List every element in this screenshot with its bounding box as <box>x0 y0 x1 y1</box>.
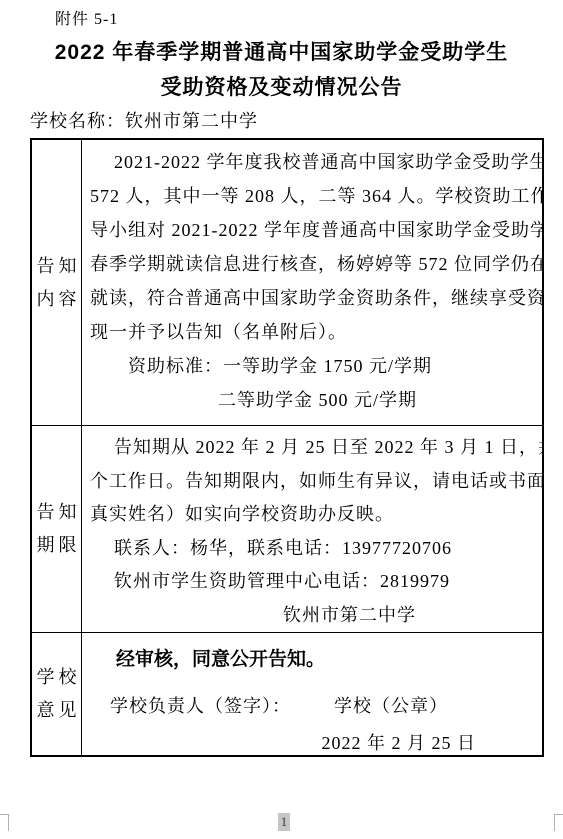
opinion-date-line: 2022 年 2 月 25 日 <box>90 732 538 754</box>
row-label-text: 学校 <box>33 661 81 694</box>
notice-content-line: 572 人，其中一等 208 人，二等 364 人。学校资助工作领 <box>90 179 538 213</box>
row-label-notice-content: 告知 内容 <box>32 140 82 425</box>
margin-corner-mark-left <box>0 814 9 831</box>
page-number-field: 1 <box>278 813 290 831</box>
row-label-text: 期限 <box>33 529 81 562</box>
row-label-school-opinion: 学校 意见 <box>32 633 82 755</box>
notice-content-line: 现一并予以告知（名单附后）。 <box>90 315 538 349</box>
notice-period-line: 告知期从 2022 年 2 月 25 日至 2022 年 3 月 1 日，共 3 <box>90 431 538 465</box>
school-seal-label: 学校（公章） <box>334 695 448 717</box>
school-opinion-cell: 经审核，同意公开告知。 学校负责人（签字）： 学校（公章） 2022 年 2 月… <box>82 633 542 755</box>
table-row-notice-content: 告知 内容 2021-2022 学年度我校普通高中国家助学金受助学生 572 人… <box>32 140 542 426</box>
table-row-notice-period: 告知 期限 告知期从 2022 年 2 月 25 日至 2022 年 3 月 1… <box>32 426 542 633</box>
row-label-text: 告知 <box>33 250 81 283</box>
notice-period-cell: 告知期从 2022 年 2 月 25 日至 2022 年 3 月 1 日，共 3… <box>82 426 542 632</box>
document-title-line1: 2022 年春季学期普通高中国家助学金受助学生 <box>0 36 563 66</box>
margin-corner-mark-right <box>554 814 563 831</box>
announcement-table: 告知 内容 2021-2022 学年度我校普通高中国家助学金受助学生 572 人… <box>30 138 544 757</box>
notice-content-line: 2021-2022 学年度我校普通高中国家助学金受助学生 <box>90 145 538 179</box>
school-signature-line: 钦州市第二中学 <box>90 599 538 633</box>
contact-person-line: 联系人：杨华，联系电话：13977720706 <box>90 532 538 566</box>
table-row-school-opinion: 学校 意见 经审核，同意公开告知。 学校负责人（签字）： 学校（公章） 2022… <box>32 633 542 755</box>
notice-period-line: 真实姓名）如实向学校资助办反映。 <box>90 498 538 532</box>
attachment-label: 附件 5-1 <box>55 6 118 29</box>
notice-content-cell: 2021-2022 学年度我校普通高中国家助学金受助学生 572 人，其中一等 … <box>82 140 542 425</box>
row-label-text: 告知 <box>33 496 81 529</box>
signature-row: 学校负责人（签字）： 学校（公章） <box>90 695 538 717</box>
notice-content-line: 就读，符合普通高中国家助学金资助条件，继续享受资助， <box>90 281 538 315</box>
principal-signature-label: 学校负责人（签字）： <box>110 695 291 717</box>
aid-standard-line-first-tier: 资助标准：一等助学金 1750 元/学期 <box>90 349 538 383</box>
review-approval-line: 经审核，同意公开告知。 <box>90 647 538 673</box>
notice-content-line: 春季学期就读信息进行核查，杨婷婷等 572 位同学仍在校 <box>90 247 538 281</box>
aid-center-phone-line: 钦州市学生资助管理中心电话：2819979 <box>90 565 538 599</box>
aid-standard-line-second-tier: 二等助学金 500 元/学期 <box>90 383 538 417</box>
notice-period-line: 个工作日。告知期限内，如师生有异议，请电话或书面（署 <box>90 465 538 499</box>
document-title-line2: 受助资格及变动情况公告 <box>0 71 563 101</box>
row-label-text: 内容 <box>33 283 81 316</box>
notice-content-line: 导小组对 2021-2022 学年度普通高中国家助学金受助学生 <box>90 213 538 247</box>
row-label-notice-period: 告知 期限 <box>32 426 82 632</box>
school-name-line: 学校名称：钦州市第二中学 <box>30 107 258 133</box>
row-label-text: 意见 <box>33 694 81 727</box>
